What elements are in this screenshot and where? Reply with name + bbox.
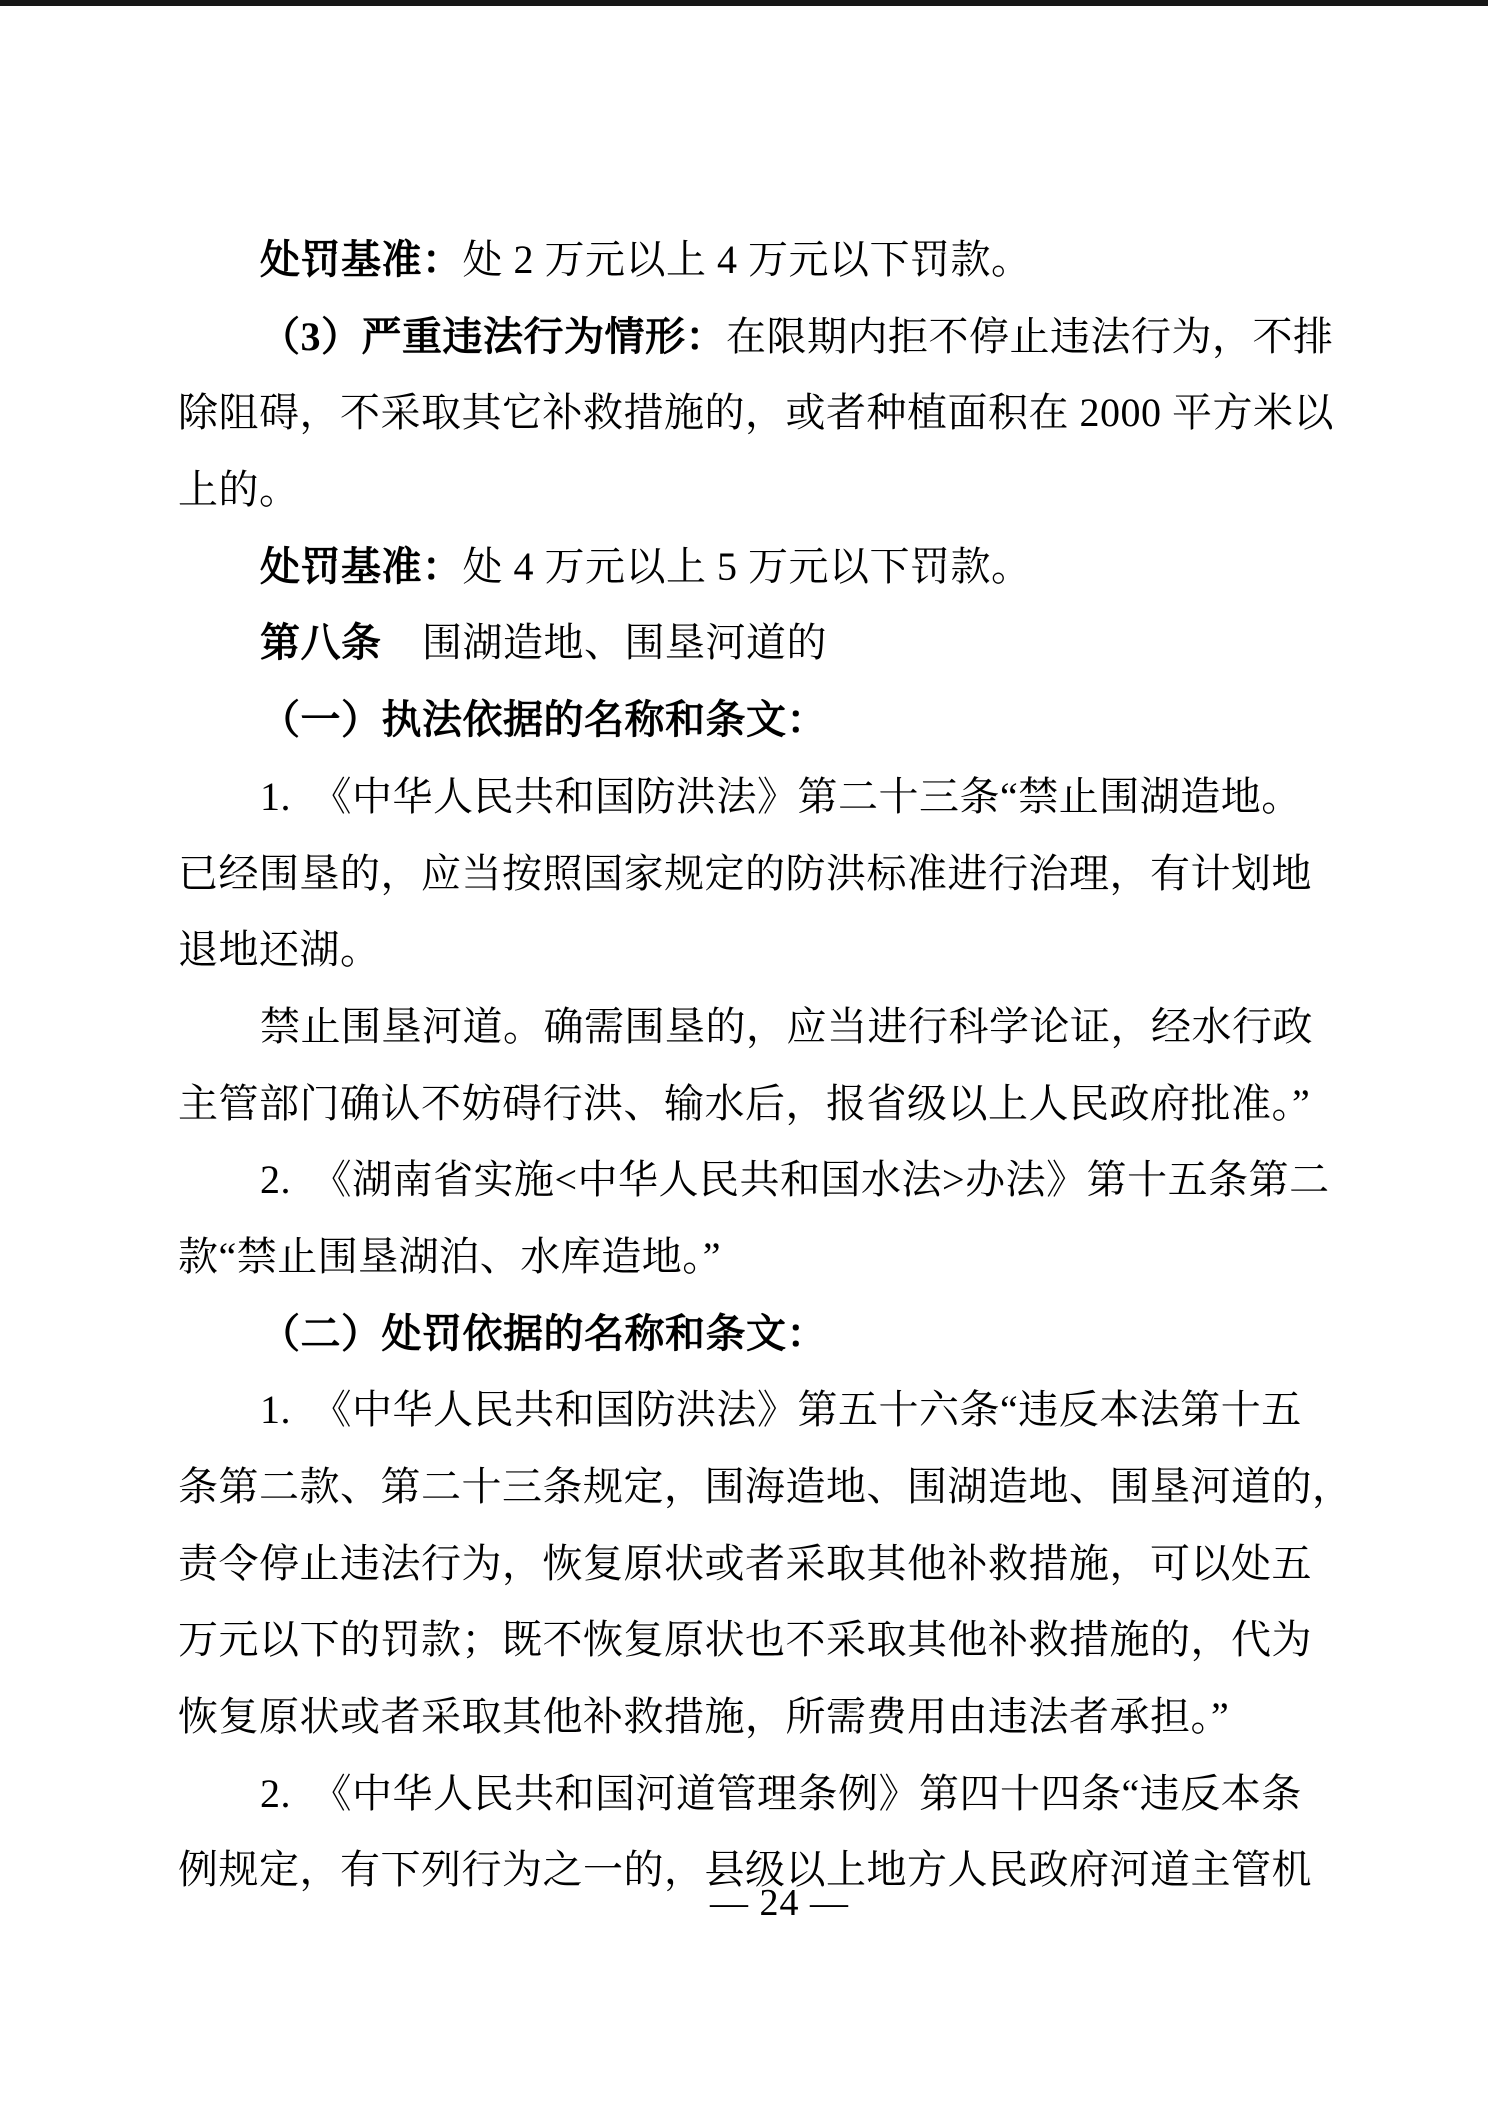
document-page: 处罚基准：处 2 万元以上 4 万元以下罚款。 （3）严重违法行为情形：在限期内… <box>0 0 1488 2104</box>
text-line: 1. 《中华人民共和国防洪法》第二十三条“禁止围湖造地。 <box>178 759 1318 836</box>
text-line-body: 围湖造地、围垦河道的 <box>382 620 828 665</box>
text-line: 万元以下的罚款；既不恢复原状也不采取其他补救措施的，代为 <box>178 1602 1318 1679</box>
text-line: 第八条 围湖造地、围垦河道的 <box>178 605 1318 682</box>
text-line: 主管部门确认不妨碍行洪、输水后，报省级以上人民政府批准。” <box>178 1066 1318 1143</box>
text-line-emphasis: （一）执法依据的名称和条文： <box>260 697 827 742</box>
page-number: — 24 — <box>710 1878 849 1928</box>
text-line: 已经围垦的，应当按照国家规定的防洪标准进行治理，有计划地 <box>178 836 1318 913</box>
text-line-body: 责令停止违法行为，恢复原状或者采取其他补救措施，可以处五 <box>178 1541 1312 1586</box>
text-line: 2. 《中华人民共和国河道管理条例》第四十四条“违反本条 <box>178 1756 1318 1833</box>
text-line-body: 处 4 万元以上 5 万元以下罚款。 <box>463 544 1032 589</box>
text-line: 条第二款、第二十三条规定，围海造地、围湖造地、围垦河道的， <box>178 1449 1318 1526</box>
text-line-body: 条第二款、第二十三条规定，围海造地、围湖造地、围垦河道的， <box>178 1464 1353 1509</box>
text-line: 款“禁止围垦湖泊、水库造地。” <box>178 1219 1318 1296</box>
text-line-emphasis: 第八条 <box>260 620 382 665</box>
text-line: 恢复原状或者采取其他补救措施，所需费用由违法者承担。” <box>178 1679 1318 1756</box>
text-line: （二）处罚依据的名称和条文： <box>178 1296 1318 1373</box>
text-line: （一）执法依据的名称和条文： <box>178 682 1318 759</box>
text-line-emphasis: 处罚基准： <box>260 544 463 589</box>
text-line-body: 退地还湖。 <box>178 927 381 972</box>
scan-edge <box>0 0 1488 6</box>
text-line: 处罚基准：处 2 万元以上 4 万元以下罚款。 <box>178 222 1318 299</box>
text-line: 2. 《湖南省实施<中华人民共和国水法>办法》第十五条第二 <box>178 1142 1318 1219</box>
text-line-body: 主管部门确认不妨碍行洪、输水后，报省级以上人民政府批准。” <box>178 1081 1310 1126</box>
text-line-body: 2. 《中华人民共和国河道管理条例》第四十四条“违反本条 <box>260 1771 1302 1816</box>
page-body: 处罚基准：处 2 万元以上 4 万元以下罚款。 （3）严重违法行为情形：在限期内… <box>178 222 1318 1909</box>
text-line-body: 处 2 万元以上 4 万元以下罚款。 <box>463 237 1032 282</box>
text-line: 处罚基准：处 4 万元以上 5 万元以下罚款。 <box>178 529 1318 606</box>
text-line-body: 恢复原状或者采取其他补救措施，所需费用由违法者承担。” <box>178 1694 1229 1739</box>
text-line-body: 除阻碍，不采取其它补救措施的，或者种植面积在 2000 平方米以 <box>178 390 1334 435</box>
text-line: 除阻碍，不采取其它补救措施的，或者种植面积在 2000 平方米以 <box>178 375 1318 452</box>
text-line-emphasis: （二）处罚依据的名称和条文： <box>260 1311 827 1356</box>
text-line: （3）严重违法行为情形：在限期内拒不停止违法行为，不排 <box>178 299 1318 376</box>
text-line-body: 上的。 <box>178 467 300 512</box>
text-line-body: 万元以下的罚款；既不恢复原状也不采取其他补救措施的，代为 <box>178 1617 1312 1662</box>
text-line-body: 2. 《湖南省实施<中华人民共和国水法>办法》第十五条第二 <box>260 1157 1330 1202</box>
text-line: 责令停止违法行为，恢复原状或者采取其他补救措施，可以处五 <box>178 1526 1318 1603</box>
text-line-body: 1. 《中华人民共和国防洪法》第二十三条“禁止围湖造地。 <box>260 774 1302 819</box>
text-line: 上的。 <box>178 452 1318 529</box>
text-line-body: 款“禁止围垦湖泊、水库造地。” <box>178 1234 721 1279</box>
text-line-body: 已经围垦的，应当按照国家规定的防洪标准进行治理，有计划地 <box>178 851 1312 896</box>
text-line-body: 在限期内拒不停止违法行为，不排 <box>726 314 1334 359</box>
text-line: 1. 《中华人民共和国防洪法》第五十六条“违反本法第十五 <box>178 1372 1318 1449</box>
text-line-emphasis: 处罚基准： <box>260 237 463 282</box>
text-line-body: 禁止围垦河道。确需围垦的，应当进行科学论证，经水行政 <box>260 1004 1313 1049</box>
text-line: 退地还湖。 <box>178 912 1318 989</box>
text-line-emphasis: （3）严重违法行为情形： <box>260 314 726 359</box>
text-line: 禁止围垦河道。确需围垦的，应当进行科学论证，经水行政 <box>178 989 1318 1066</box>
text-line-body: 1. 《中华人民共和国防洪法》第五十六条“违反本法第十五 <box>260 1387 1302 1432</box>
